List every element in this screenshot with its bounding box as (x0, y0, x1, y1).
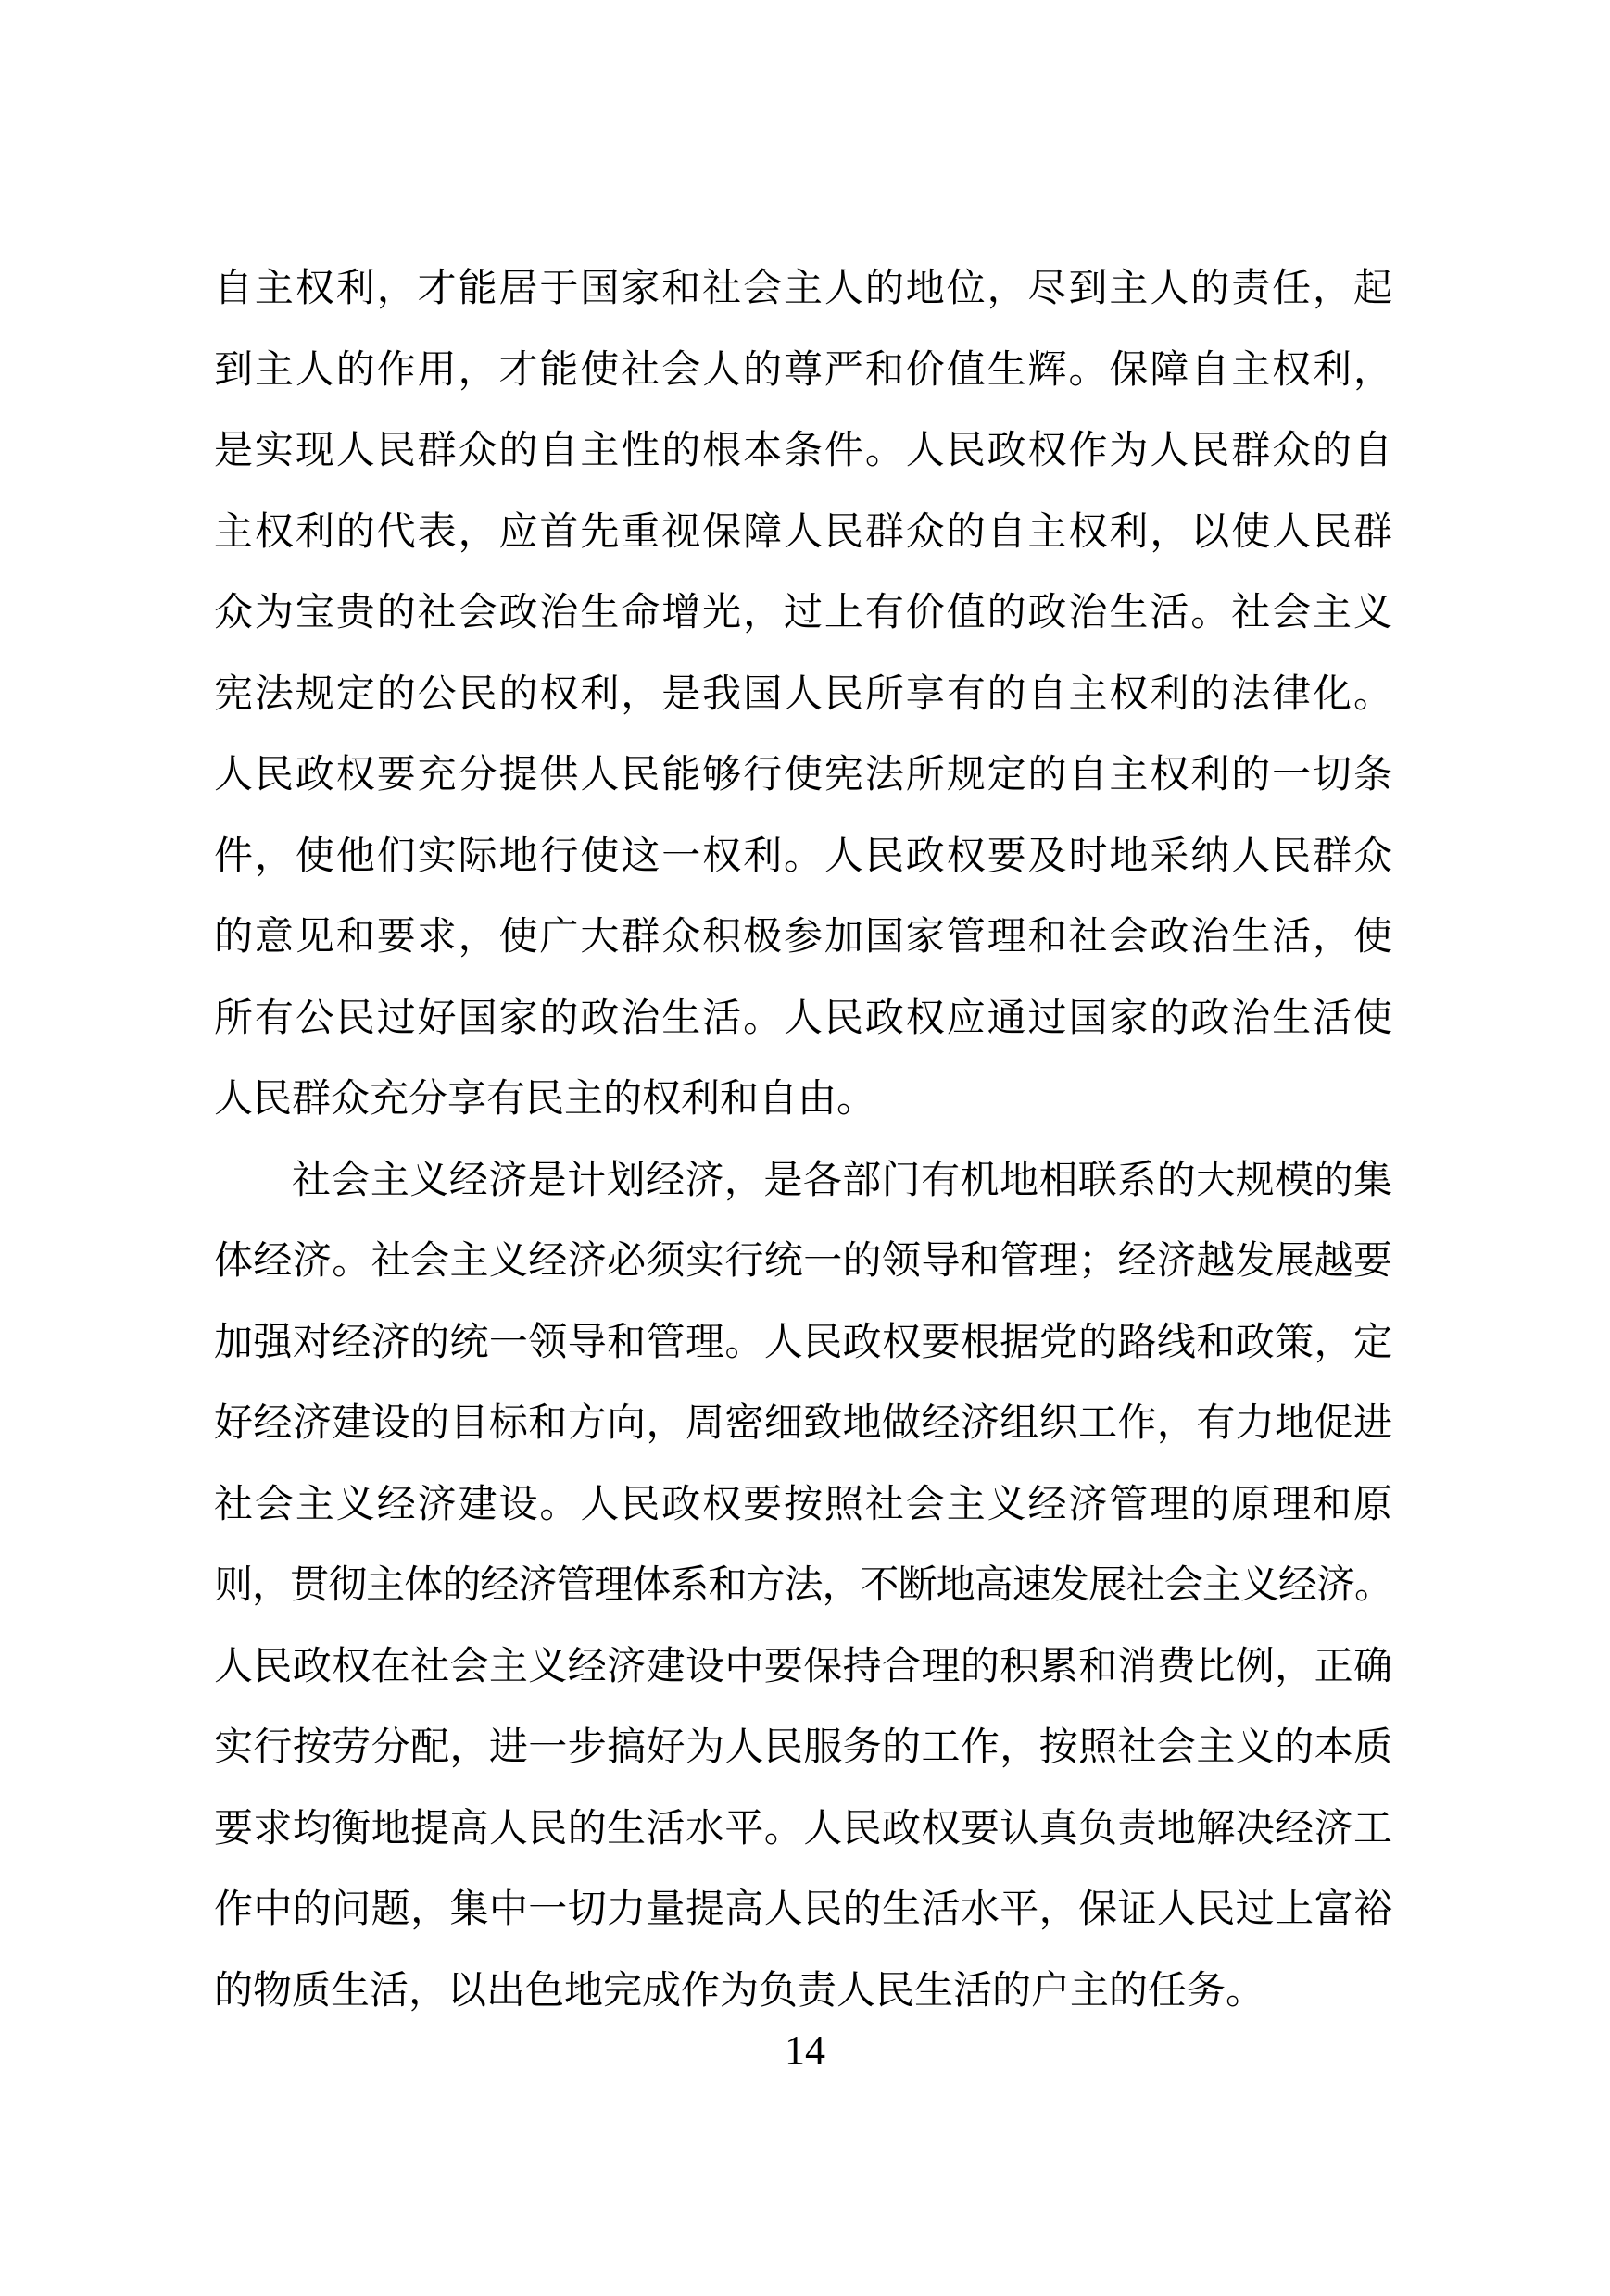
text-line: 人民群众充分享有民主的权利和自由。 (214, 1060, 1392, 1141)
text-line: 到主人的作用，才能使社会人的尊严和价值生辉。保障自主权利， (214, 331, 1392, 412)
text-line: 的意见和要求，使广大群众积极参加国家管理和社会政治生活，使 (214, 897, 1392, 979)
text-block: 自主权利，才能居于国家和社会主人的地位，尽到主人的责任，起 到主人的作用，才能使… (214, 249, 1392, 2032)
text-line: 要求均衡地提高人民的生活水平。人民政权要认真负责地解决经济工 (214, 1789, 1392, 1871)
text-line: 自主权利，才能居于国家和社会主人的地位，尽到主人的责任，起 (214, 249, 1392, 331)
text-line: 作中的问题，集中一切力量提高人民的生活水平，保证人民过上富裕 (214, 1870, 1392, 1951)
text-line: 所有公民过好国家的政治生活。人民政权应通过国家的政治生活使 (214, 979, 1392, 1060)
paragraph-2: 社会主义经济是计划经济，是各部门有机地相联系的大规模的集 体经济。社会主义经济必… (214, 1141, 1392, 2033)
text-line: 主权利的代表，应首先重视保障人民群众的自主权利，以使人民群 (214, 493, 1392, 574)
text-line: 人民政权要充分提供人民能够行使宪法所规定的自主权利的一切条 (214, 735, 1392, 817)
page-number: 14 (0, 2010, 1610, 2091)
text-line: 加强对经济的统一领导和管理。人民政权要根据党的路线和政策，定 (214, 1303, 1392, 1385)
text-line: 件，使他们实际地行使这一权利。人民政权要及时地采纳人民群众 (214, 817, 1392, 898)
text-line: 体经济。社会主义经济必须实行统一的领导和管理；经济越发展越要 (214, 1222, 1392, 1303)
text-line: 则，贯彻主体的经济管理体系和方法，不断地高速发展社会主义经济。 (214, 1546, 1392, 1627)
text-line: 社会主义经济建设。人民政权要按照社会主义经济管理的原理和原 (214, 1465, 1392, 1547)
text-line: 好经济建设的目标和方向，周密细致地做经济组织工作，有力地促进 (214, 1384, 1392, 1465)
text-line: 众为宝贵的社会政治生命增光，过上有价值的政治生活。社会主义 (214, 573, 1392, 655)
text-line: 是实现人民群众的自主性的根本条件。人民政权作为人民群众的自 (214, 411, 1392, 493)
text-line: 人民政权在社会主义经济建设中要保持合理的积累和消费比例，正确 (214, 1627, 1392, 1709)
document-page: 自主权利，才能居于国家和社会主人的地位，尽到主人的责任，起 到主人的作用，才能使… (0, 0, 1610, 2296)
paragraph-1: 自主权利，才能居于国家和社会主人的地位，尽到主人的责任，起 到主人的作用，才能使… (214, 249, 1392, 1141)
text-line: 宪法规定的公民的权利，是我国人民所享有的自主权利的法律化。 (214, 655, 1392, 736)
text-line: 实行按劳分配，进一步搞好为人民服务的工作，按照社会主义的本质 (214, 1708, 1392, 1789)
text-line: 社会主义经济是计划经济，是各部门有机地相联系的大规模的集 (214, 1141, 1392, 1223)
